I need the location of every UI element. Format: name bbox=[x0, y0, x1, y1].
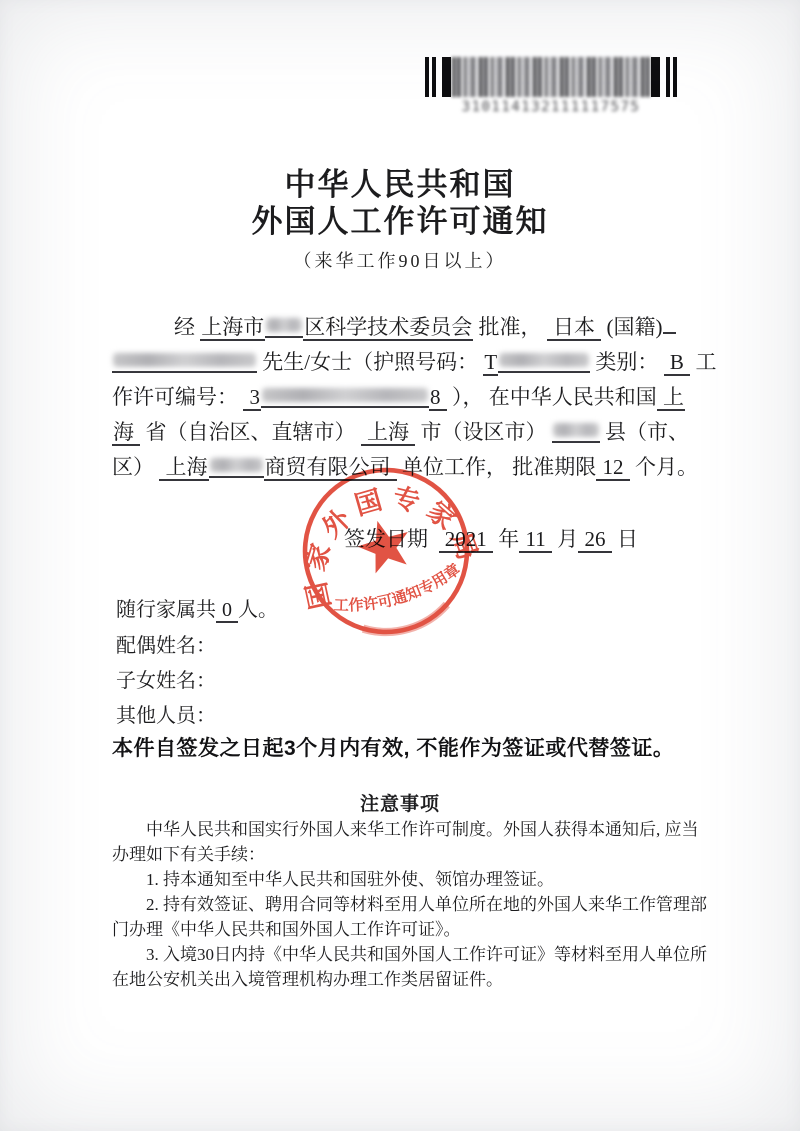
text-segment: 先生/女士（护照号码： bbox=[257, 350, 483, 374]
redacted-value bbox=[552, 420, 600, 443]
barcode-guard-left bbox=[425, 57, 451, 97]
field-value: 3 bbox=[243, 385, 261, 411]
redacted-value bbox=[112, 350, 257, 373]
body-line-2: 先生/女士（护照号码： T 类别： B 工 bbox=[112, 345, 696, 380]
text-segment: 年 bbox=[493, 527, 519, 551]
field-value: 12 bbox=[596, 455, 630, 481]
accompanying-family-line: 随行家属共 0 人。 bbox=[116, 595, 278, 625]
barcode bbox=[425, 57, 677, 97]
text-segment: 市（设区市） bbox=[415, 420, 552, 444]
validity-notice: 本件自签发之日起3个月内有效, 不能作为签证或代替签证。 bbox=[112, 732, 712, 762]
field-value: 26 bbox=[578, 527, 612, 553]
text-segment: 日 bbox=[612, 527, 638, 551]
spouse-name-line: 配偶姓名： bbox=[116, 631, 216, 661]
document-subtitle: （来华工作90日以上） bbox=[0, 247, 800, 273]
svg-text:工作许可通知专用章: 工作许可通知专用章 bbox=[328, 558, 467, 625]
text-segment: 工 bbox=[690, 350, 716, 374]
notes-line-5: 门办理《中华人民共和国外国人工作许可证》。 bbox=[112, 917, 700, 942]
barcode-guard-right bbox=[651, 57, 677, 97]
notes-line-4: 2. 持有效签证、聘用合同等材料至用人单位所在地的外国人来华工作管理部 bbox=[112, 892, 700, 917]
body-line-4: 海 省（自治区、直辖市） 上海 市（设区市） 县（市、 bbox=[112, 415, 696, 450]
text-segment: 省（自治区、直辖市） bbox=[140, 420, 361, 444]
issue-date-line: 签发日期 2021 年 11 月 26 日 bbox=[344, 523, 638, 556]
blank-field bbox=[663, 313, 676, 334]
field-value: 上 bbox=[657, 385, 685, 411]
field-value: 11 bbox=[519, 527, 552, 553]
redacted-value bbox=[261, 385, 429, 408]
field-value: 商贸有限公司 bbox=[264, 455, 397, 481]
text-segment: ）， 在中华人民共和国 bbox=[447, 385, 657, 409]
field-value: 上海 bbox=[361, 420, 416, 446]
field-value: 0 bbox=[216, 599, 238, 623]
notes-line-7: 在地公安机关出入境管理机构办理工作类居留证件。 bbox=[112, 967, 700, 992]
other-persons-line: 其他人员： bbox=[116, 701, 216, 731]
text-segment: 批准， bbox=[473, 315, 547, 339]
field-value: 2021 bbox=[439, 527, 494, 553]
text-segment: 类别： bbox=[590, 350, 664, 374]
text-segment: 随行家属共 bbox=[116, 599, 216, 621]
text-segment: 单位工作， 批准期限 bbox=[397, 455, 597, 479]
children-name-line: 子女姓名： bbox=[116, 666, 216, 696]
text-segment: 县（市、 bbox=[600, 420, 689, 444]
field-value: 海 bbox=[112, 420, 140, 446]
notes-title: 注意事项 bbox=[0, 789, 800, 816]
text-segment: 经 bbox=[174, 315, 200, 339]
notes-line-3: 1. 持本通知至中华人民共和国驻外使、领馆办理签证。 bbox=[112, 867, 700, 892]
barcode-bars bbox=[452, 57, 650, 97]
field-value: T bbox=[483, 350, 498, 376]
notes-line-6: 3. 入境30日内持《中华人民共和国外国人工作许可证》等材料至用人单位所 bbox=[112, 942, 700, 967]
notes-line-2: 办理如下有关手续： bbox=[112, 842, 700, 867]
notes-paragraph: 中华人民共和国实行外国人来华工作许可制度。外国人获得本通知后, 应当 办理如下有… bbox=[112, 817, 700, 992]
text-segment: 月 bbox=[552, 527, 578, 551]
field-value: 8 bbox=[429, 385, 447, 411]
body-paragraph: 经 上海市区科学技术委员会 批准， 日本 (国籍) 先生/女士（护照号码： T … bbox=[112, 310, 696, 485]
text-segment: 区） bbox=[112, 455, 159, 479]
work-permit-notice-document: 310114132111117575 中华人民共和国 外国人工作许可通知 （来华… bbox=[0, 0, 800, 1131]
document-title-line2: 外国人工作许可通知 bbox=[0, 203, 800, 240]
text-segment: 个月。 bbox=[630, 455, 698, 479]
field-value: 上海 bbox=[159, 455, 208, 481]
barcode-number: 310114132111117575 bbox=[425, 99, 677, 115]
text-segment: 签发日期 bbox=[344, 527, 439, 551]
document-title-line1: 中华人民共和国 bbox=[0, 166, 800, 203]
field-value: 日本 bbox=[547, 315, 602, 341]
body-line-5: 区） 上海商贸有限公司 单位工作， 批准期限 12 个月。 bbox=[112, 450, 696, 485]
field-value: B bbox=[664, 350, 691, 376]
text-segment: 人。 bbox=[238, 599, 278, 621]
stamp-bottom-text: 工作许可通知专用章 bbox=[328, 558, 467, 625]
body-line-3: 作许可编号： 38 ）， 在中华人民共和国 上 bbox=[112, 380, 696, 415]
redacted-value bbox=[209, 455, 264, 478]
text-segment: (国籍) bbox=[601, 315, 662, 339]
field-value: 上海市 bbox=[200, 315, 265, 341]
field-value: 区科学技术委员会 bbox=[303, 315, 473, 341]
redacted-value bbox=[265, 315, 303, 338]
body-line-1: 经 上海市区科学技术委员会 批准， 日本 (国籍) bbox=[112, 310, 696, 345]
redacted-value bbox=[498, 350, 590, 373]
text-segment: 作许可编号： bbox=[112, 385, 243, 409]
notes-line-1: 中华人民共和国实行外国人来华工作许可制度。外国人获得本通知后, 应当 bbox=[112, 817, 700, 842]
